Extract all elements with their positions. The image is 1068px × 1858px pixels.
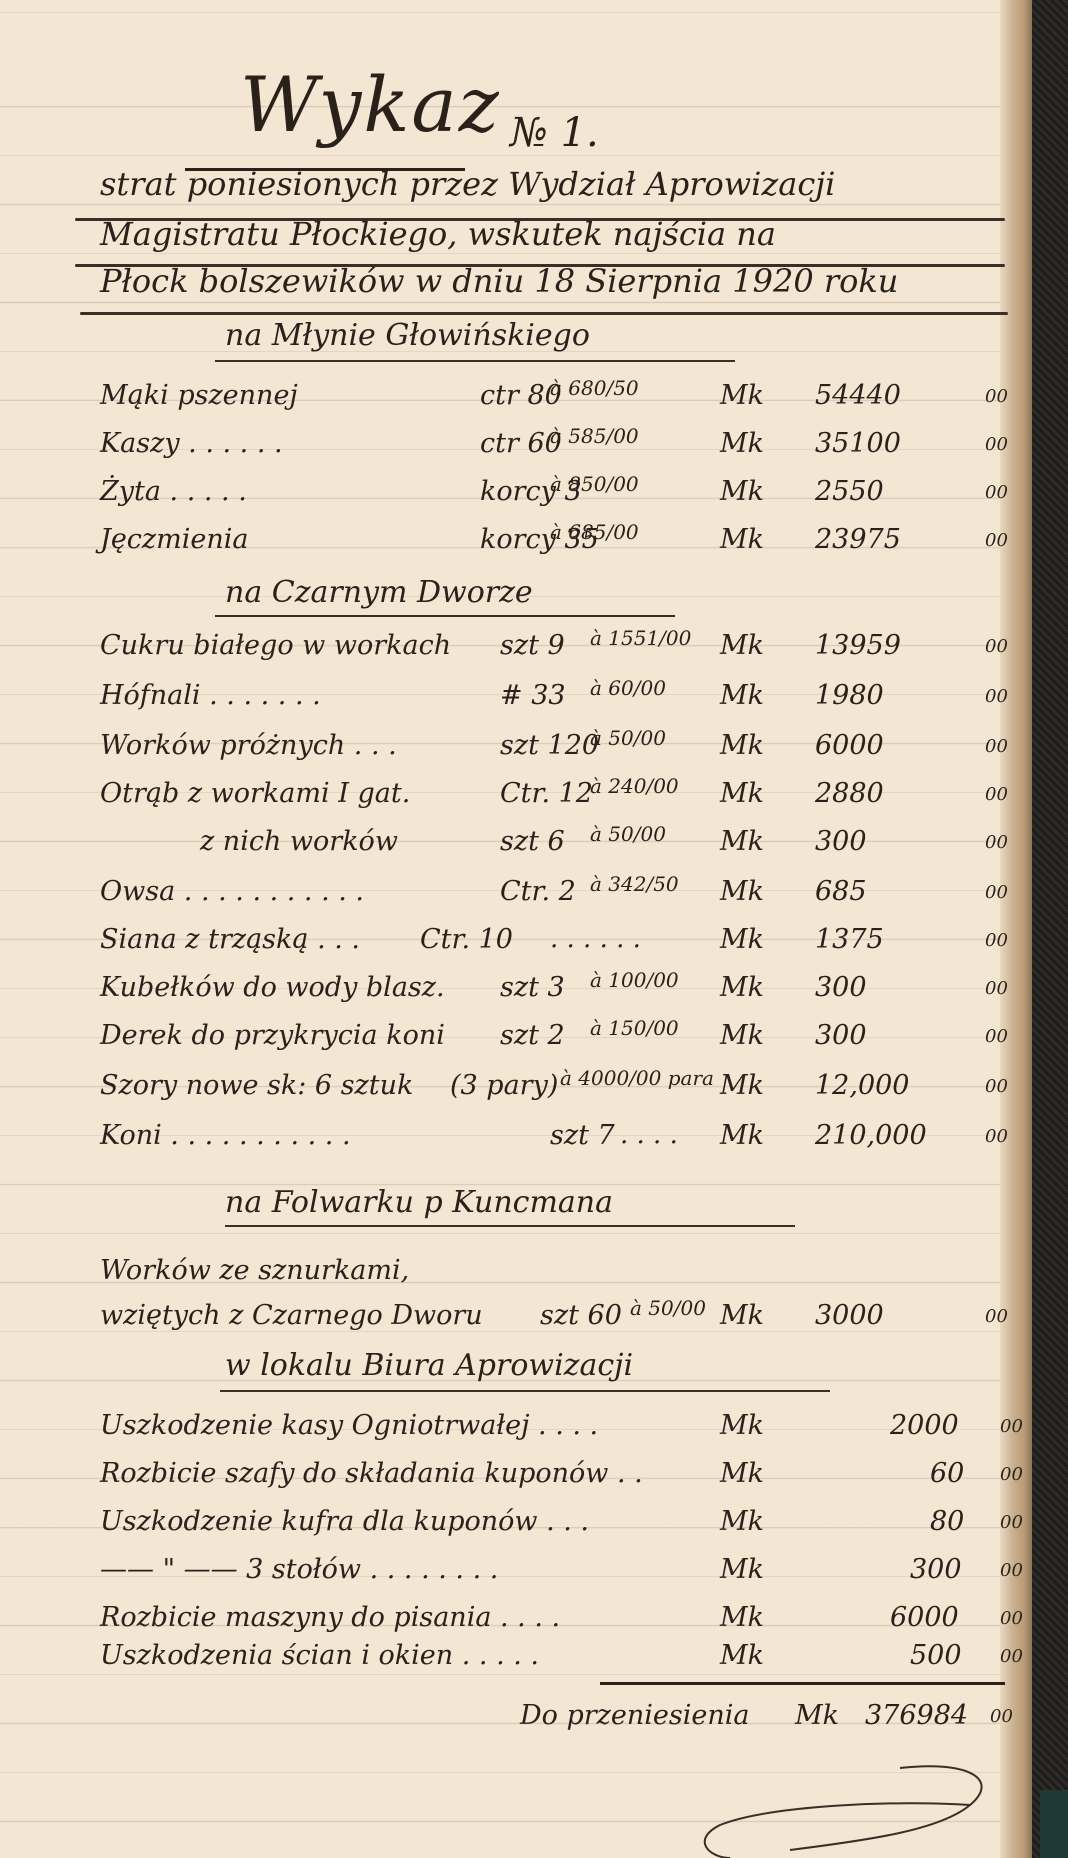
total-rule [600, 1682, 1005, 1685]
item-amount: 300 [910, 1554, 962, 1585]
currency: Mk [720, 1070, 764, 1101]
section-heading-folwark: na Folwarku p Kuncmana [225, 1185, 613, 1220]
table-row: Cukru białego w workach szt 9 à 1551/00 … [100, 630, 1025, 670]
item-amount-decimal: 00 [985, 636, 1008, 657]
total-label: Do przeniesienia [520, 1700, 749, 1731]
table-row: —— " —— 3 stołów . . . . . . . . Mk 300 … [100, 1554, 1025, 1594]
item-quantity: # 33 [500, 680, 566, 711]
item-quantity: szt 120 [500, 730, 599, 761]
item-price: à 50/00 [590, 822, 666, 846]
item-amount-decimal: 00 [985, 1306, 1008, 1327]
item-name: Koni . . . . . . . . . . . [100, 1120, 351, 1151]
item-price: à 240/00 [590, 774, 679, 798]
item-amount: 2880 [815, 778, 884, 809]
item-name: Uszkodzenia ścian i okien . . . . . [100, 1640, 539, 1671]
item-quantity: szt 3 [500, 972, 565, 1003]
item-amount-decimal: 00 [985, 882, 1008, 903]
currency: Mk [720, 972, 764, 1003]
table-row: Kaszy . . . . . . ctr 60 à 585/00 Mk 351… [100, 428, 1025, 468]
header-rule-3 [80, 312, 1008, 315]
item-amount-decimal: 00 [985, 1076, 1008, 1097]
table-row: Szory nowe sk: 6 sztuk (3 pary) à 4000/0… [100, 1070, 1025, 1110]
item-amount: 300 [815, 1020, 867, 1051]
item-quantity: szt 9 [500, 630, 565, 661]
item-price: à 685/00 [550, 520, 639, 544]
item-amount: 35100 [815, 428, 901, 459]
currency: Mk [720, 680, 764, 711]
item-name: wziętych z Czarnego Dworu [100, 1300, 483, 1331]
table-row: Jęczmienia korcy 35 à 685/00 Mk 23975 00 [100, 524, 1025, 564]
item-amount: 13959 [815, 630, 901, 661]
item-price: . . . . . . [550, 924, 641, 954]
item-amount-decimal: 00 [985, 736, 1008, 757]
carry-forward-total: Do przeniesienia Mk 376984 00 [520, 1700, 1025, 1740]
table-row: z nich worków szt 6 à 50/00 Mk 300 00 [100, 826, 1025, 866]
total-decimal: 00 [990, 1706, 1013, 1727]
item-quantity: szt 60 [540, 1300, 622, 1331]
currency: Mk [720, 1120, 764, 1151]
table-row: Worków próżnych . . . szt 120 à 50/00 Mk… [100, 730, 1025, 770]
table-row: Rozbicie maszyny do pisania . . . . Mk 6… [100, 1602, 1025, 1642]
item-name: Rozbicie maszyny do pisania . . . . [100, 1602, 560, 1633]
item-name: Żyta . . . . . [100, 476, 247, 507]
item-amount-decimal: 00 [1000, 1416, 1023, 1437]
item-amount: 54440 [815, 380, 901, 411]
item-amount: 6000 [890, 1602, 959, 1633]
item-amount-decimal: 00 [985, 784, 1008, 805]
item-price: à 60/00 [590, 676, 666, 700]
currency: Mk [720, 1410, 764, 1441]
item-quantity: szt 7 [550, 1120, 615, 1151]
item-amount: 3000 [815, 1300, 884, 1331]
item-amount-decimal: 00 [985, 530, 1008, 551]
item-name: Kubełków do wody blasz. [100, 972, 445, 1003]
table-row: Worków ze sznurkami, [100, 1255, 1025, 1295]
item-amount-decimal: 00 [985, 386, 1008, 407]
table-row: Żyta . . . . . korcy 3 à 850/00 Mk 2550 … [100, 476, 1025, 516]
item-quantity: Ctr. 12 [500, 778, 593, 809]
item-amount: 60 [930, 1458, 964, 1489]
section-rule [215, 360, 735, 362]
item-name: Worków ze sznurkami, [100, 1255, 409, 1286]
item-name: Cukru białego w workach [100, 630, 451, 661]
item-amount-decimal: 00 [985, 434, 1008, 455]
table-row: Owsa . . . . . . . . . . . Ctr. 2 à 342/… [100, 876, 1025, 916]
item-price: à 585/00 [550, 424, 639, 448]
item-amount: 12,000 [815, 1070, 909, 1101]
total-amount: 376984 [865, 1700, 968, 1731]
item-quantity: Ctr. 10 [420, 924, 513, 955]
item-price: à 342/50 [590, 872, 679, 896]
table-row: Otrąb z workami I gat. Ctr. 12 à 240/00 … [100, 778, 1025, 818]
item-price: à 150/00 [590, 1016, 679, 1040]
item-amount-decimal: 00 [985, 930, 1008, 951]
item-amount-decimal: 00 [1000, 1560, 1023, 1581]
table-row: Hófnali . . . . . . . # 33 à 60/00 Mk 19… [100, 680, 1025, 720]
item-amount: 1980 [815, 680, 884, 711]
item-amount: 2550 [815, 476, 884, 507]
item-amount-decimal: 00 [985, 1026, 1008, 1047]
item-amount: 80 [930, 1506, 964, 1537]
currency: Mk [720, 380, 764, 411]
item-price: à 50/00 [590, 726, 666, 750]
item-name: Uszkodzenie kasy Ogniotrwałej . . . . [100, 1410, 598, 1441]
item-amount: 685 [815, 876, 867, 907]
currency: Mk [720, 1300, 764, 1331]
currency: Mk [720, 730, 764, 761]
item-name: Uszkodzenie kufra dla kuponów . . . [100, 1506, 589, 1537]
table-row: Uszkodzenia ścian i okien . . . . . Mk 5… [100, 1640, 1025, 1680]
item-amount-decimal: 00 [1000, 1512, 1023, 1533]
item-amount: 2000 [890, 1410, 959, 1441]
currency: Mk [720, 1458, 764, 1489]
item-quantity: (3 pary) [450, 1070, 558, 1101]
section-rule [220, 1390, 830, 1392]
currency: Mk [720, 1554, 764, 1585]
currency: Mk [720, 428, 764, 459]
item-price: à 50/00 [630, 1296, 706, 1320]
currency: Mk [720, 1602, 764, 1633]
item-name: Jęczmienia [100, 524, 249, 555]
currency: Mk [720, 826, 764, 857]
item-name: Kaszy . . . . . . [100, 428, 283, 459]
item-name: Rozbicie szafy do składania kuponów . . [100, 1458, 643, 1489]
currency: Mk [720, 876, 764, 907]
currency: Mk [720, 1506, 764, 1537]
section-rule [225, 1225, 795, 1227]
table-row: Uszkodzenie kasy Ogniotrwałej . . . . Mk… [100, 1410, 1025, 1450]
item-price: à 100/00 [590, 968, 679, 992]
item-quantity: szt 2 [500, 1020, 565, 1051]
item-amount: 1375 [815, 924, 884, 955]
document-number: № 1. [510, 110, 599, 156]
item-price: à 680/50 [550, 376, 639, 400]
item-quantity: Ctr. 2 [500, 876, 576, 907]
currency: Mk [720, 1020, 764, 1051]
item-name: z nich worków [200, 826, 398, 857]
item-price: à 4000/00 para [560, 1066, 714, 1090]
item-amount-decimal: 00 [985, 832, 1008, 853]
item-name: Siana z trząską . . . [100, 924, 360, 955]
currency: Mk [720, 924, 764, 955]
document-title: Wykaz [240, 60, 501, 149]
table-row: Mąki pszennej ctr 80 à 680/50 Mk 54440 0… [100, 380, 1025, 420]
item-amount-decimal: 00 [1000, 1464, 1023, 1485]
item-price: à 850/00 [550, 472, 639, 496]
table-row: Rozbicie szafy do składania kuponów . . … [100, 1458, 1025, 1498]
item-amount: 300 [815, 972, 867, 1003]
section-rule [215, 615, 675, 617]
currency: Mk [720, 524, 764, 555]
table-row: wziętych z Czarnego Dworu szt 60 à 50/00… [100, 1300, 1025, 1340]
signature-flourish-icon [640, 1750, 1040, 1858]
table-row: Koni . . . . . . . . . . . szt 7 . . . .… [100, 1120, 1025, 1160]
item-amount: 6000 [815, 730, 884, 761]
item-amount-decimal: 00 [985, 978, 1008, 999]
currency: Mk [720, 630, 764, 661]
item-amount: 23975 [815, 524, 901, 555]
item-amount: 210,000 [815, 1120, 927, 1151]
section-heading-biuro: w lokalu Biura Aprowizacji [225, 1348, 633, 1383]
section-heading-czarny-dwor: na Czarnym Dworze [225, 575, 533, 610]
item-name: —— " —— 3 stołów . . . . . . . . [100, 1554, 498, 1585]
item-name: Worków próżnych . . . [100, 730, 397, 761]
currency: Mk [720, 476, 764, 507]
item-amount-decimal: 00 [1000, 1608, 1023, 1629]
cover-tab [1040, 1790, 1068, 1858]
item-amount-decimal: 00 [985, 482, 1008, 503]
currency: Mk [720, 1640, 764, 1671]
item-name: Mąki pszennej [100, 380, 298, 411]
table-row: Kubełków do wody blasz. szt 3 à 100/00 M… [100, 972, 1025, 1012]
item-amount-decimal: 00 [985, 686, 1008, 707]
header-line-2: Magistratu Płockiego, wskutek najścia na [100, 215, 776, 253]
table-row: Uszkodzenie kufra dla kuponów . . . Mk 8… [100, 1506, 1025, 1546]
item-price: . . . . [620, 1120, 678, 1150]
currency: Mk [720, 778, 764, 809]
item-name: Szory nowe sk: 6 sztuk [100, 1070, 413, 1101]
item-name: Otrąb z workami I gat. [100, 778, 410, 809]
item-amount-decimal: 00 [985, 1126, 1008, 1147]
total-currency: Mk [795, 1700, 839, 1731]
item-amount-decimal: 00 [1000, 1646, 1023, 1667]
book-cover [1032, 0, 1068, 1858]
table-row: Siana z trząską . . . Ctr. 10 . . . . . … [100, 924, 1025, 964]
item-price: à 1551/00 [590, 626, 691, 650]
item-amount: 500 [910, 1640, 962, 1671]
header-line-1: strat poniesionych przez Wydział Aprowiz… [100, 165, 835, 203]
item-name: Hófnali . . . . . . . [100, 680, 321, 711]
item-amount: 300 [815, 826, 867, 857]
table-row: Derek do przykrycia koni szt 2 à 150/00 … [100, 1020, 1025, 1060]
header-line-3: Płock bolszewików w dniu 18 Sierpnia 192… [100, 262, 898, 300]
item-name: Derek do przykrycia koni [100, 1020, 445, 1051]
item-name: Owsa . . . . . . . . . . . [100, 876, 364, 907]
item-quantity: szt 6 [500, 826, 565, 857]
section-heading-mlyn: na Młynie Głowińskiego [225, 318, 590, 353]
